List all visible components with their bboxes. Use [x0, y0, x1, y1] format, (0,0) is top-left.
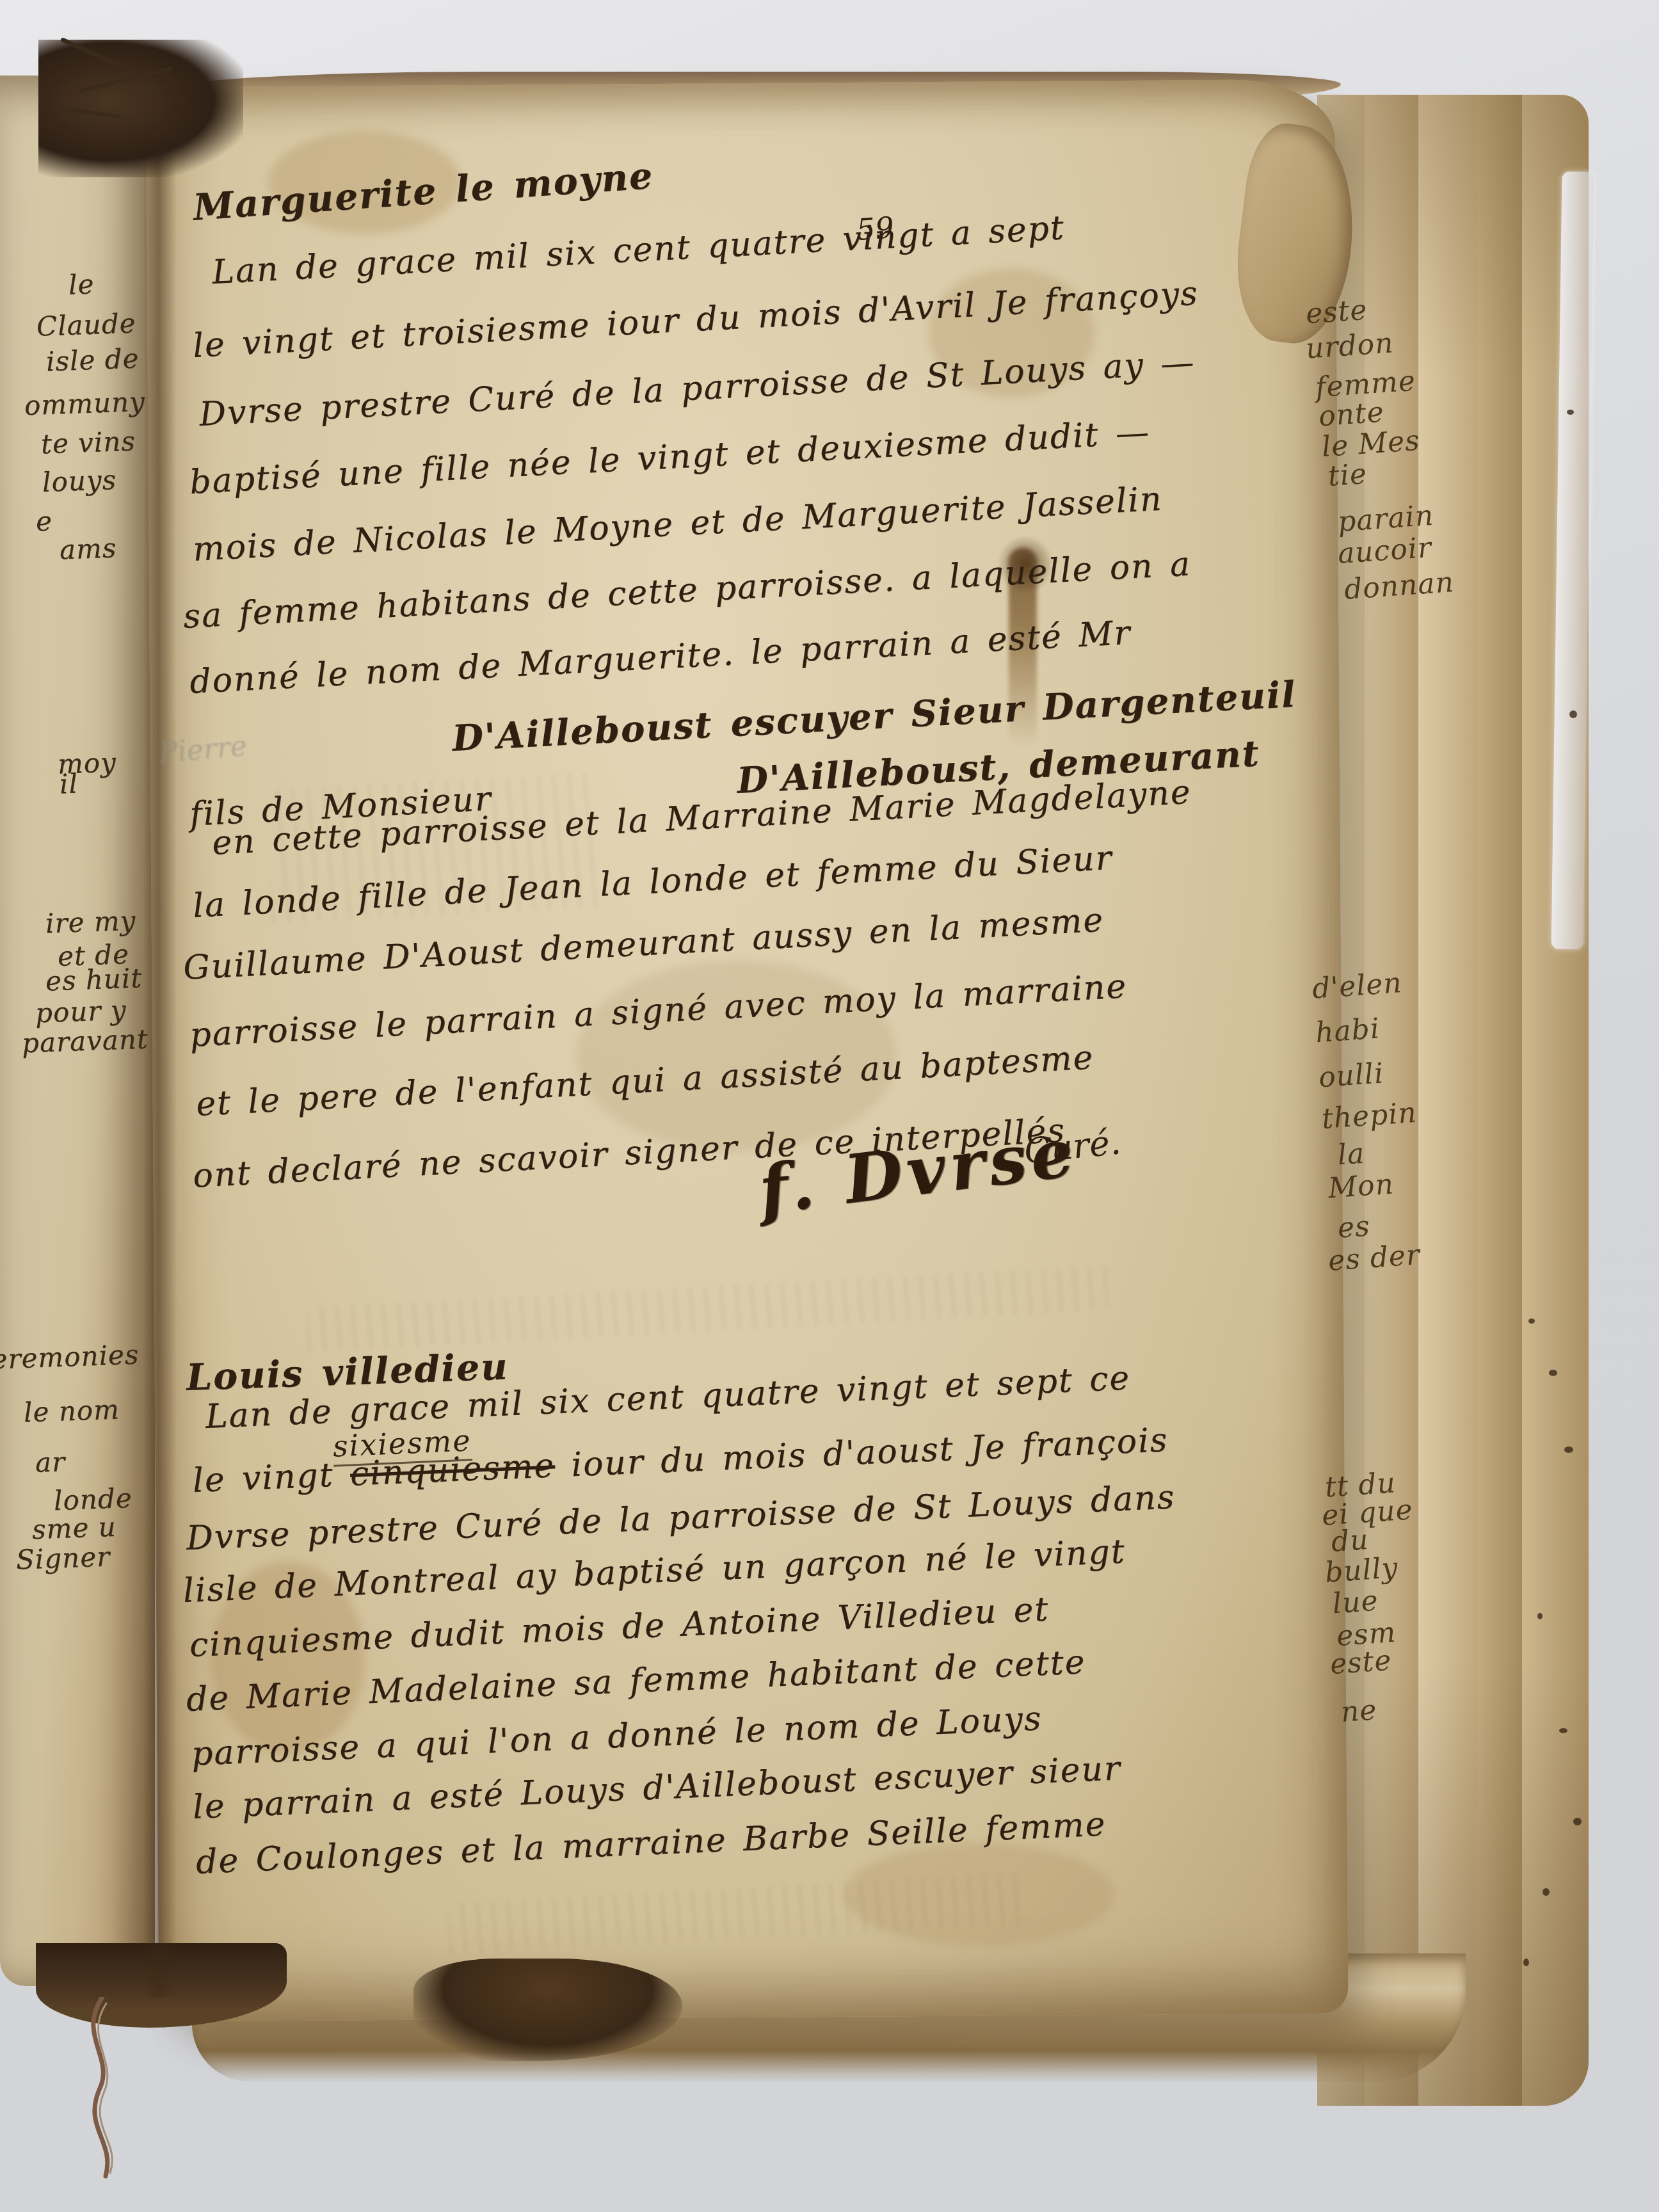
right-edge-fragment: donnan — [1343, 566, 1455, 606]
right-edge-fragment: Mon — [1327, 1167, 1395, 1205]
right-edge-fragment: es — [1336, 1210, 1371, 1244]
photo-of-parish-register: leClaudeisle deommunyte vinslouyseamsmoy… — [0, 0, 1659, 2212]
right-edge-fragment: habi — [1314, 1013, 1381, 1050]
right-edge-fragment: este — [1304, 294, 1368, 331]
right-edge-fragments: esteurdonfemmeontele Mestieparainaucoird… — [0, 0, 1659, 2212]
right-edge-fragment: este — [1329, 1644, 1393, 1681]
right-edge-fragment: bully — [1324, 1551, 1399, 1589]
right-edge-fragment: le Mes — [1320, 424, 1421, 464]
right-edge-fragment: aucoir — [1336, 531, 1432, 570]
right-edge-fragment: urdon — [1304, 326, 1395, 365]
right-edge-fragment: tie — [1327, 458, 1368, 493]
right-edge-fragment: es der — [1327, 1238, 1421, 1278]
right-edge-fragment: oulli — [1317, 1057, 1384, 1094]
right-edge-fragment: lue — [1331, 1585, 1379, 1621]
right-edge-fragment: ne — [1340, 1694, 1378, 1729]
right-edge-fragment: la — [1336, 1137, 1366, 1172]
right-edge-fragment: d'elen — [1311, 966, 1403, 1006]
right-edge-fragment: thepin — [1320, 1096, 1418, 1135]
